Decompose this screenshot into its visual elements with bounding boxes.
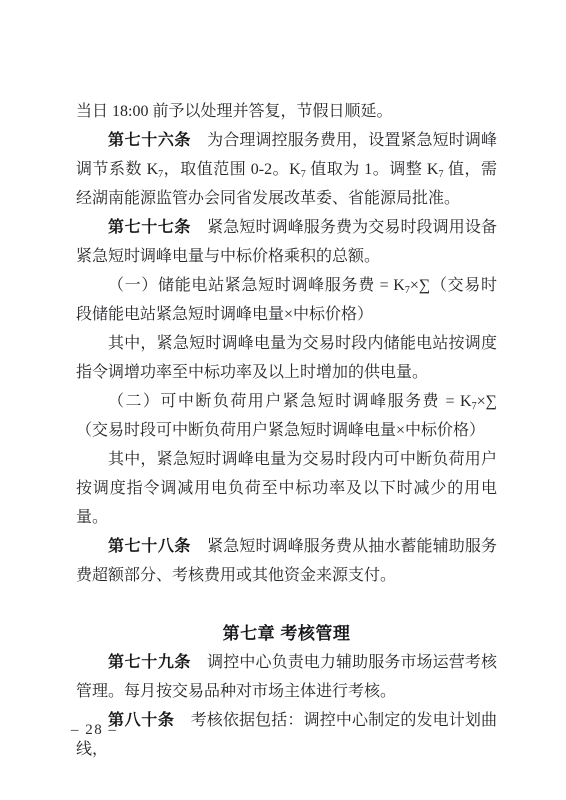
document-content: 当日 18:00 前予以处理并答复，节假日顺延。第七十六条 为合理调控服务费用，…	[76, 97, 497, 764]
page-number: – 28 –	[71, 719, 118, 741]
paragraph: （一）储能电站紧急短时调峰服务费 = K7×∑（交易时段储能电站紧急短时调峰电量…	[76, 271, 497, 329]
bold-run: 第七十七条	[108, 219, 191, 236]
paragraph: 第七十九条 调控中心负责电力辅助服务市场运营考核管理。每月按交易品种对市场主体进…	[76, 648, 497, 706]
text-run: 其中，紧急短时调峰电量为交易时段内储能电站按调度指令调增功率至中标功率及以上时增…	[76, 335, 497, 381]
paragraph: 其中，紧急短时调峰电量为交易时段内储能电站按调度指令调增功率至中标功率及以上时增…	[76, 329, 497, 387]
paragraph: 第八十条 考核依据包括：调控中心制定的发电计划曲线，	[76, 706, 497, 764]
text-run: ，取值范围 0-2。K	[163, 161, 301, 178]
bold-run: 第七章 考核管理	[223, 624, 351, 643]
paragraph: 第七十六条 为合理调控服务费用，设置紧急短时调峰调节系数 K7，取值范围 0-2…	[76, 126, 497, 213]
bold-run: 第七十八条	[108, 538, 191, 555]
text-run: 当日 18:00 前予以处理并答复，节假日顺延。	[76, 103, 392, 120]
text-run: 值取为 1。调整 K	[306, 161, 439, 178]
paragraph: 其中，紧急短时调峰电量为交易时段内可中断负荷用户按调度指令调减用电负荷至中标功率…	[76, 445, 497, 532]
bold-run: 第七十九条	[108, 654, 191, 671]
bold-run: 第七十六条	[108, 132, 191, 149]
text-run: （二）可中断负荷用户紧急短时调峰服务费 = K	[108, 393, 472, 410]
text-run: 其中，紧急短时调峰电量为交易时段内可中断负荷用户按调度指令调减用电负荷至中标功率…	[76, 451, 497, 526]
paragraph: 当日 18:00 前予以处理并答复，节假日顺延。	[76, 97, 497, 126]
paragraph: 第七十七条 紧急短时调峰服务费为交易时段调用设备紧急短时调峰电量与中标价格乘积的…	[76, 213, 497, 271]
document-page: 当日 18:00 前予以处理并答复，节假日顺延。第七十六条 为合理调控服务费用，…	[0, 0, 566, 800]
paragraph: （二）可中断负荷用户紧急短时调峰服务费 = K7×∑（交易时段可中断负荷用户紧急…	[76, 387, 497, 445]
text-run: （一）储能电站紧急短时调峰服务费 = K	[108, 277, 405, 294]
chapter-heading: 第七章 考核管理	[76, 619, 497, 648]
paragraph: 第七十八条 紧急短时调峰服务费从抽水蓄能辅助服务费超额部分、考核费用或其他资金来…	[76, 532, 497, 590]
